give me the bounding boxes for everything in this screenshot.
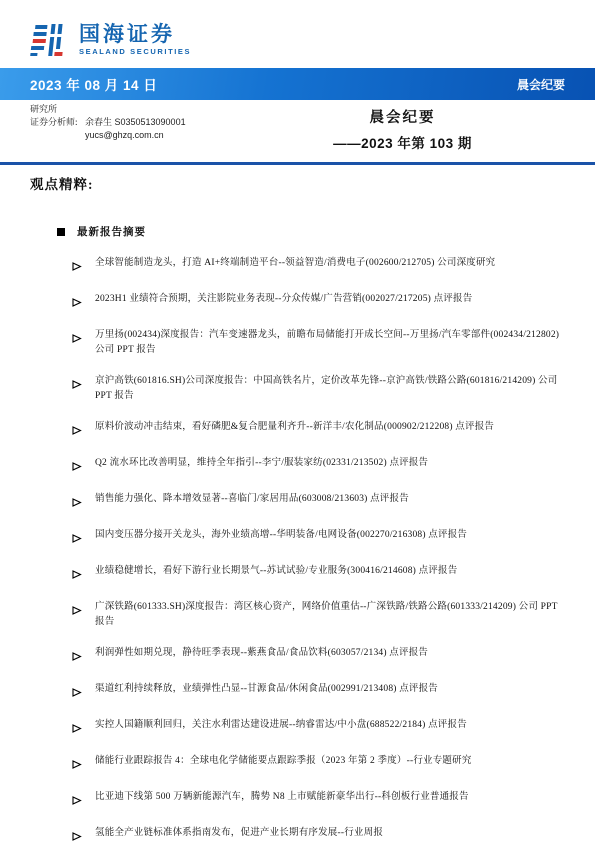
report-list-item: 万里扬(002434)深度报告：汽车变速器龙头，前瞻布局储能打开成长空间--万里… bbox=[0, 328, 595, 358]
report-item-text: 国内变压器分接开关龙头，海外业绩高增--华明装备/电网设备(002270/216… bbox=[95, 528, 467, 543]
arrowhead-right-icon bbox=[72, 456, 95, 476]
arrowhead-right-icon bbox=[72, 420, 95, 440]
report-list-item: 业绩稳健增长，看好下游行业长期景气--苏试试验/专业服务(300416/2146… bbox=[0, 564, 595, 584]
report-list-item: 全球智能制造龙头，打造 AI+终端制造平台--领益智造/消费电子(002600/… bbox=[0, 256, 595, 276]
analyst-email: yucs@ghzq.com.cn bbox=[85, 129, 186, 142]
arrowhead-right-icon bbox=[72, 328, 95, 348]
header-info-area: 研究所 证券分析师: 余春生 S0350513090001 yucs@ghzq.… bbox=[0, 100, 595, 162]
report-list-item: 实控人国籍顺利回归，关注水利雷达建设进展--纳睿雷达/中小盘(688522/21… bbox=[0, 718, 595, 738]
brand-header: 国海证券 SEALAND SECURITIES bbox=[0, 0, 595, 62]
report-title: 晨会纪要 bbox=[305, 106, 500, 127]
report-item-text: 业绩稳健增长，看好下游行业长期景气--苏试试验/专业服务(300416/2146… bbox=[95, 564, 457, 579]
report-item-text: 实控人国籍顺利回归，关注水利雷达建设进展--纳睿雷达/中小盘(688522/21… bbox=[95, 718, 467, 733]
arrowhead-right-icon bbox=[72, 718, 95, 738]
report-issue-subtitle: ——2023 年第 103 期 bbox=[305, 132, 500, 152]
banner-report-type: 晨会纪要 bbox=[517, 76, 565, 93]
arrowhead-right-icon bbox=[72, 528, 95, 548]
report-list-item: Q2 流水环比改善明显，维持全年指引--李宁/服装家纺(02331/213502… bbox=[0, 456, 595, 476]
report-list-item: 京沪高铁(601816.SH)公司深度报告：中国高铁名片，定价改革先锋--京沪高… bbox=[0, 374, 595, 404]
report-item-text: 渠道红利持续释放，业绩弹性凸显--甘源食品/休闲食品(002991/213408… bbox=[95, 682, 438, 697]
report-item-text: 全球智能制造龙头，打造 AI+终端制造平台--领益智造/消费电子(002600/… bbox=[95, 256, 495, 271]
report-title-block: 晨会纪要 ——2023 年第 103 期 bbox=[305, 106, 500, 152]
report-list-item: 原料价波动冲击结束，看好磷肥&复合肥量利齐升--新洋丰/农化制品(000902/… bbox=[0, 420, 595, 440]
date-banner: 2023 年 08 月 14 日 晨会纪要 bbox=[0, 68, 595, 100]
banner-date: 2023 年 08 月 14 日 bbox=[30, 74, 157, 94]
report-item-text: 广深铁路(601333.SH)深度报告：湾区核心资产，网络价值重估--广深铁路/… bbox=[95, 600, 565, 630]
analyst-label: 证券分析师: bbox=[30, 116, 85, 142]
report-item-text: 比亚迪下线第 500 万辆新能源汽车，腾势 N8 上市赋能新豪华出行--科创板行… bbox=[95, 790, 469, 805]
section-title: 最新报告摘要 bbox=[77, 224, 146, 239]
arrowhead-right-icon bbox=[72, 790, 95, 810]
report-list-item: 广深铁路(601333.SH)深度报告：湾区核心资产，网络价值重估--广深铁路/… bbox=[0, 600, 595, 630]
report-list-item: 利润弹性如期兑现，静待旺季表现--紫燕食品/食品饮料(603057/2134) … bbox=[0, 646, 595, 666]
arrowhead-right-icon bbox=[72, 492, 95, 512]
report-item-text: 万里扬(002434)深度报告：汽车变速器龙头，前瞻布局储能打开成长空间--万里… bbox=[95, 328, 565, 358]
report-item-text: 销售能力强化、降本增效显著--喜临门/家居用品(603008/213603) 点… bbox=[95, 492, 409, 507]
report-item-text: 氢能全产业链标准体系指南发布，促进产业长期有序发展--行业周报 bbox=[95, 826, 383, 841]
report-item-text: 储能行业跟踪报告 4：全球电化学储能要点跟踪季报（2023 年第 2 季度）--… bbox=[95, 754, 472, 769]
report-item-text: 原料价波动冲击结束，看好磷肥&复合肥量利齐升--新洋丰/农化制品(000902/… bbox=[95, 420, 494, 435]
latest-reports-section-header: 最新报告摘要 bbox=[0, 224, 595, 239]
report-item-text: 京沪高铁(601816.SH)公司深度报告：中国高铁名片，定价改革先锋--京沪高… bbox=[95, 374, 565, 404]
brand-name-cn: 国海证券 bbox=[79, 24, 191, 46]
report-item-text: 2023H1 业绩符合预期，关注影院业务表现--分众传媒/广告营销(002027… bbox=[95, 292, 472, 307]
arrowhead-right-icon bbox=[72, 646, 95, 666]
report-list: 全球智能制造龙头，打造 AI+终端制造平台--领益智造/消费电子(002600/… bbox=[0, 256, 595, 842]
report-list-item: 储能行业跟踪报告 4：全球电化学储能要点跟踪季报（2023 年第 2 季度）--… bbox=[0, 754, 595, 774]
document-page: 国海证券 SEALAND SECURITIES 2023 年 08 月 14 日… bbox=[0, 0, 595, 842]
report-list-item: 渠道红利持续释放，业绩弹性凸显--甘源食品/休闲食品(002991/213408… bbox=[0, 682, 595, 702]
arrowhead-right-icon bbox=[72, 292, 95, 312]
arrowhead-right-icon bbox=[72, 564, 95, 584]
arrowhead-right-icon bbox=[72, 682, 95, 702]
arrowhead-right-icon bbox=[72, 600, 95, 620]
research-info: 研究所 证券分析师: 余春生 S0350513090001 yucs@ghzq.… bbox=[30, 103, 186, 142]
arrowhead-right-icon bbox=[72, 826, 95, 842]
report-item-text: Q2 流水环比改善明显，维持全年指引--李宁/服装家纺(02331/213502… bbox=[95, 456, 428, 471]
report-list-item: 2023H1 业绩符合预期，关注影院业务表现--分众传媒/广告营销(002027… bbox=[0, 292, 595, 312]
arrowhead-right-icon bbox=[72, 754, 95, 774]
arrowhead-right-icon bbox=[72, 256, 95, 276]
square-bullet-icon bbox=[57, 228, 65, 236]
analyst-name: 余春生 S0350513090001 bbox=[85, 116, 186, 129]
report-item-text: 利润弹性如期兑现，静待旺季表现--紫燕食品/食品饮料(603057/2134) … bbox=[95, 646, 428, 661]
report-list-item: 比亚迪下线第 500 万辆新能源汽车，腾势 N8 上市赋能新豪华出行--科创板行… bbox=[0, 790, 595, 810]
research-institute-label: 研究所 bbox=[30, 103, 186, 116]
report-list-item: 销售能力强化、降本增效显著--喜临门/家居用品(603008/213603) 点… bbox=[0, 492, 595, 512]
key-points-heading: 观点精粹: bbox=[0, 165, 595, 193]
sealand-logo-icon bbox=[30, 20, 70, 60]
arrowhead-right-icon bbox=[72, 374, 95, 394]
brand-name-en: SEALAND SECURITIES bbox=[79, 48, 191, 56]
brand-text: 国海证券 SEALAND SECURITIES bbox=[79, 24, 191, 56]
report-list-item: 国内变压器分接开关龙头，海外业绩高增--华明装备/电网设备(002270/216… bbox=[0, 528, 595, 548]
report-list-item: 氢能全产业链标准体系指南发布，促进产业长期有序发展--行业周报 bbox=[0, 826, 595, 842]
